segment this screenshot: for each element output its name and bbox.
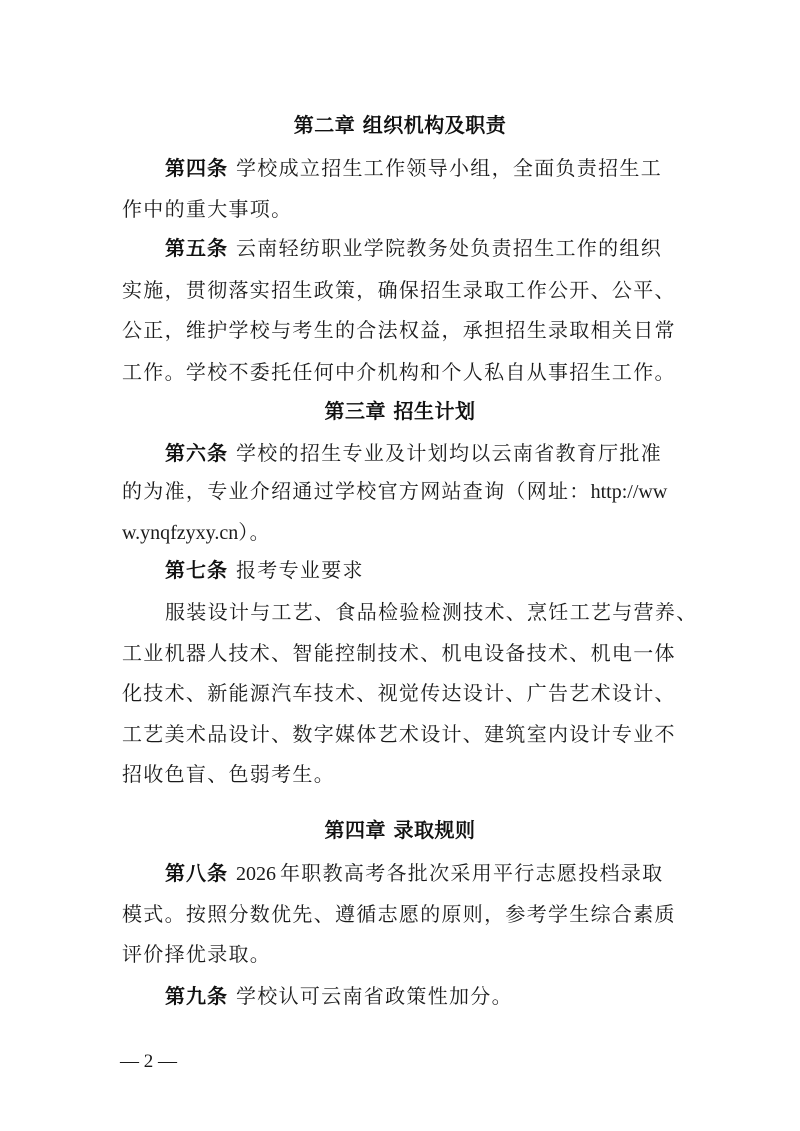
article-text: 学校的招生专业及计划均以云南省教育厅批准 — [236, 441, 662, 465]
majors-line-5: 招收色盲、色弱考生。 — [122, 754, 682, 794]
year-value: 2026 — [236, 863, 276, 885]
article-8-line-2: 模式。按照分数优先、遵循志愿的原则，参考学生综合素质 — [122, 894, 682, 934]
article-text: ）。 — [238, 520, 271, 544]
chapter-heading: 第三章 招生计划 — [0, 391, 800, 431]
majors-line-3: 化技术、新能源汽车技术、视觉传达设计、广告艺术设计、 — [122, 673, 682, 713]
article-8-line-3: 评价择优录取。 — [122, 934, 682, 974]
majors-line-2: 工业机器人技术、智能控制技术、机电设备技术、机电一体 — [122, 633, 682, 673]
article-4-line-2: 作中的重大事项。 — [122, 189, 682, 229]
article-text: 学校成立招生工作领导小组，全面负责招生工 — [236, 156, 662, 180]
article-text: 云南轻纺职业学院教务处负责招生工作的组织 — [236, 236, 662, 260]
majors-line-4: 工艺美术品设计、数字媒体艺术设计、建筑室内设计专业不 — [122, 714, 682, 754]
article-label: 第四条 — [165, 156, 228, 180]
article-5-line-2: 实施，贯彻落实招生政策，确保招生录取工作公开、公平、 — [122, 270, 682, 310]
article-label: 第六条 — [165, 441, 228, 465]
website-url-part: http://ww — [591, 481, 668, 503]
majors-line-1: 服装设计与工艺、食品检验检测技术、烹饪工艺与营养、 — [165, 592, 682, 632]
article-5-line-4: 工作。学校不委托任何中介机构和个人私自从事招生工作。 — [122, 352, 682, 392]
article-label: 第五条 — [165, 236, 228, 260]
article-9-line-1: 第九条学校认可云南省政策性加分。 — [165, 976, 682, 1016]
article-text: 报考专业要求 — [236, 558, 364, 582]
article-6-line-2: 的为准，专业介绍通过学校官方网站查询（网址：http://ww — [122, 471, 682, 511]
article-text: 学校认可云南省政策性加分。 — [236, 984, 513, 1008]
article-6-line-3: w.ynqfzyxy.cn）。 — [122, 512, 682, 552]
chapter-heading: 第四章 录取规则 — [0, 810, 800, 850]
article-8-line-1: 第八条2026年职教高考各批次采用平行志愿投档录取 — [165, 853, 682, 893]
article-text: 年职教高考各批次采用平行志愿投档录取 — [280, 861, 663, 885]
article-6-line-1: 第六条学校的招生专业及计划均以云南省教育厅批准 — [165, 433, 682, 473]
article-5-line-1: 第五条云南轻纺职业学院教务处负责招生工作的组织 — [165, 228, 682, 268]
website-url-part: w.ynqfzyxy.cn — [122, 522, 238, 544]
article-label: 第七条 — [165, 558, 228, 582]
document-page: 第二章 组织机构及职责 第四条学校成立招生工作领导小组，全面负责招生工 作中的重… — [0, 0, 800, 1131]
article-7-line-1: 第七条报考专业要求 — [165, 550, 682, 590]
chapter-heading: 第二章 组织机构及职责 — [0, 105, 800, 145]
page-number: — 2 — — [120, 1046, 177, 1078]
article-5-line-3: 公正，维护学校与考生的合法权益，承担招生录取相关日常 — [122, 310, 682, 350]
article-label: 第九条 — [165, 984, 228, 1008]
article-label: 第八条 — [165, 861, 228, 885]
article-4-line-1: 第四条学校成立招生工作领导小组，全面负责招生工 — [165, 148, 682, 188]
article-text: 的为准，专业介绍通过学校官方网站查询（网址： — [122, 479, 591, 503]
